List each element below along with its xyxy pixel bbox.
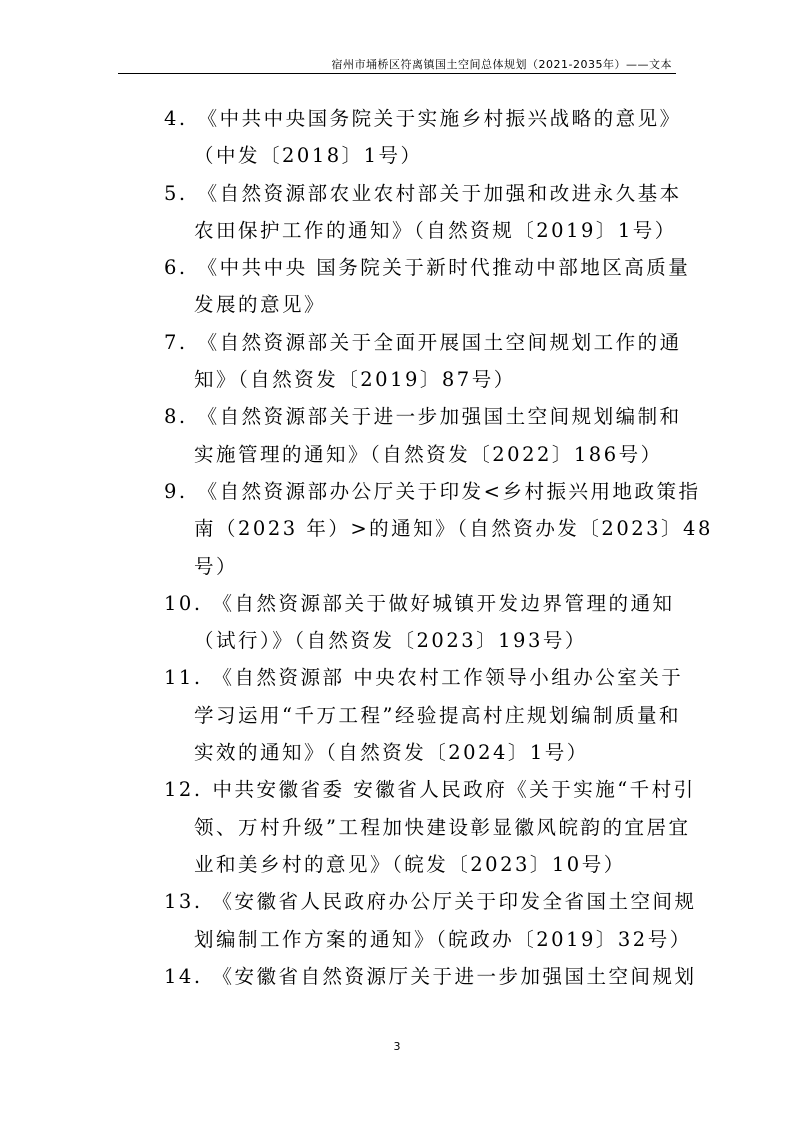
reference-list: 4.《中共中央国务院关于实施乡村振兴战略的意见》（中发〔2018〕1号）5.《自…	[164, 100, 684, 995]
list-item: 4.《中共中央国务院关于实施乡村振兴战略的意见》（中发〔2018〕1号）	[164, 100, 684, 175]
list-item-continuation: 业和美乡村的意见》（皖发〔2023〕10号）	[164, 846, 684, 883]
list-item: 12.中共安徽省委 安徽省人民政府《关于实施“千村引领、万村升级”工程加快建设彰…	[164, 771, 684, 883]
list-item: 7.《自然资源部关于全面开展国土空间规划工作的通知》（自然资发〔2019〕87号…	[164, 324, 684, 399]
list-item-first-line: 6.《中共中央 国务院关于新时代推动中部地区高质量	[164, 249, 684, 286]
list-item-first-line: 10.《自然资源部关于做好城镇开发边界管理的通知	[164, 585, 684, 622]
list-item-number: 12.	[164, 778, 203, 801]
list-item-number: 13.	[164, 890, 203, 913]
list-item: 11.《自然资源部 中央农村工作领导小组办公室关于学习运用“千万工程”经验提高村…	[164, 659, 684, 771]
list-item-first-line: 11.《自然资源部 中央农村工作领导小组办公室关于	[164, 659, 684, 696]
list-item: 8.《自然资源部关于进一步加强国土空间规划编制和实施管理的通知》（自然资发〔20…	[164, 398, 684, 473]
list-item: 13.《安徽省人民政府办公厅关于印发全省国土空间规划编制工作方案的通知》（皖政办…	[164, 883, 684, 958]
page-number: 3	[0, 1040, 794, 1053]
list-item-text: 《中共中央国务院关于实施乡村振兴战略的意见》	[198, 107, 682, 130]
list-item-text: 业和美乡村的意见》（皖发〔2023〕10号）	[194, 853, 626, 876]
list-item-text: 《自然资源部关于进一步加强国土空间规划编制和	[198, 405, 682, 428]
list-item-text: 《安徽省人民政府办公厅关于印发全省国土空间规	[213, 890, 697, 913]
list-item: 6.《中共中央 国务院关于新时代推动中部地区高质量发展的意见》	[164, 249, 684, 324]
list-item-text: 发展的意见》	[194, 293, 326, 316]
list-item-text: 领、万村升级”工程加快建设彰显徽风皖韵的宜居宜	[194, 816, 690, 839]
list-item-first-line: 9.《自然资源部办公厅关于印发<乡村振兴用地政策指	[164, 473, 684, 510]
list-item-number: 11.	[164, 666, 203, 689]
list-item-continuation: 领、万村升级”工程加快建设彰显徽风皖韵的宜居宜	[164, 809, 684, 846]
list-item-first-line: 4.《中共中央国务院关于实施乡村振兴战略的意见》	[164, 100, 684, 137]
list-item-first-line: 8.《自然资源部关于进一步加强国土空间规划编制和	[164, 398, 684, 435]
list-item-text: 《自然资源部办公厅关于印发<乡村振兴用地政策指	[198, 480, 701, 503]
list-item-continuation: （中发〔2018〕1号）	[164, 137, 684, 174]
list-item-text: 实效的通知》（自然资发〔2024〕1号）	[194, 741, 589, 764]
list-item-continuation: （试行）》（自然资发〔2023〕193号）	[164, 622, 684, 659]
page-header: 宿州市埇桥区符离镇国土空间总体规划（2021-2035年）——文本	[118, 56, 676, 74]
list-item-first-line: 14.《安徽省自然资源厅关于进一步加强国土空间规划	[164, 958, 684, 995]
list-item-number: 7.	[164, 331, 188, 354]
list-item-text: 号）	[194, 555, 238, 578]
list-item-text: 《自然资源部关于做好城镇开发边界管理的通知	[213, 592, 675, 615]
header-title: 宿州市埇桥区符离镇国土空间总体规划（2021-2035年）——文本	[332, 56, 672, 72]
list-item-text: 划编制工作方案的通知》（皖政办〔2019〕32号）	[194, 928, 692, 951]
list-item-continuation: 实效的通知》（自然资发〔2024〕1号）	[164, 734, 684, 771]
list-item-number: 10.	[164, 592, 203, 615]
list-item-first-line: 12.中共安徽省委 安徽省人民政府《关于实施“千村引	[164, 771, 684, 808]
list-item-first-line: 5.《自然资源部农业农村部关于加强和改进永久基本	[164, 175, 684, 212]
list-item-text: （试行）》（自然资发〔2023〕193号）	[194, 629, 587, 652]
list-item-continuation: 发展的意见》	[164, 286, 684, 323]
list-item: 9.《自然资源部办公厅关于印发<乡村振兴用地政策指南（2023 年）>的通知》（…	[164, 473, 684, 585]
list-item-continuation: 农田保护工作的通知》（自然资规〔2019〕1号）	[164, 212, 684, 249]
list-item-first-line: 7.《自然资源部关于全面开展国土空间规划工作的通	[164, 324, 684, 361]
list-item: 5.《自然资源部农业农村部关于加强和改进永久基本农田保护工作的通知》（自然资规〔…	[164, 175, 684, 250]
list-item: 10.《自然资源部关于做好城镇开发边界管理的通知（试行）》（自然资发〔2023〕…	[164, 585, 684, 660]
list-item-continuation: 知》（自然资发〔2019〕87号）	[164, 361, 684, 398]
list-item-first-line: 13.《安徽省人民政府办公厅关于印发全省国土空间规	[164, 883, 684, 920]
list-item-text: （中发〔2018〕1号）	[194, 144, 423, 167]
list-item-text: 学习运用“千万工程”经验提高村庄规划编制质量和	[194, 704, 681, 727]
list-item-text: 《安徽省自然资源厅关于进一步加强国土空间规划	[213, 965, 697, 988]
list-item-text: 农田保护工作的通知》（自然资规〔2019〕1号）	[194, 219, 677, 242]
list-item-text: 《自然资源部农业农村部关于加强和改进永久基本	[198, 182, 682, 205]
list-item-number: 14.	[164, 965, 203, 988]
list-item-text: 《中共中央 国务院关于新时代推动中部地区高质量	[198, 256, 691, 279]
list-item-text: 知》（自然资发〔2019〕87号）	[194, 368, 516, 391]
list-item-text: 南（2023 年）>的通知》（自然资办发〔2023〕48	[194, 517, 713, 540]
list-item-number: 6.	[164, 256, 188, 279]
list-item-number: 5.	[164, 182, 188, 205]
list-item-continuation: 划编制工作方案的通知》（皖政办〔2019〕32号）	[164, 921, 684, 958]
list-item-number: 8.	[164, 405, 188, 428]
list-item-continuation: 号）	[164, 548, 684, 585]
list-item-text: 中共安徽省委 安徽省人民政府《关于实施“千村引	[213, 778, 696, 801]
list-item-continuation: 实施管理的通知》（自然资发〔2022〕186号）	[164, 436, 684, 473]
list-item-text: 《自然资源部 中央农村工作领导小组办公室关于	[213, 666, 684, 689]
list-item-continuation: 学习运用“千万工程”经验提高村庄规划编制质量和	[164, 697, 684, 734]
list-item-number: 9.	[164, 480, 188, 503]
list-item-number: 4.	[164, 107, 188, 130]
list-item-text: 实施管理的通知》（自然资发〔2022〕186号）	[194, 443, 663, 466]
list-item: 14.《安徽省自然资源厅关于进一步加强国土空间规划	[164, 958, 684, 995]
list-item-continuation: 南（2023 年）>的通知》（自然资办发〔2023〕48	[164, 510, 684, 547]
list-item-text: 《自然资源部关于全面开展国土空间规划工作的通	[198, 331, 682, 354]
